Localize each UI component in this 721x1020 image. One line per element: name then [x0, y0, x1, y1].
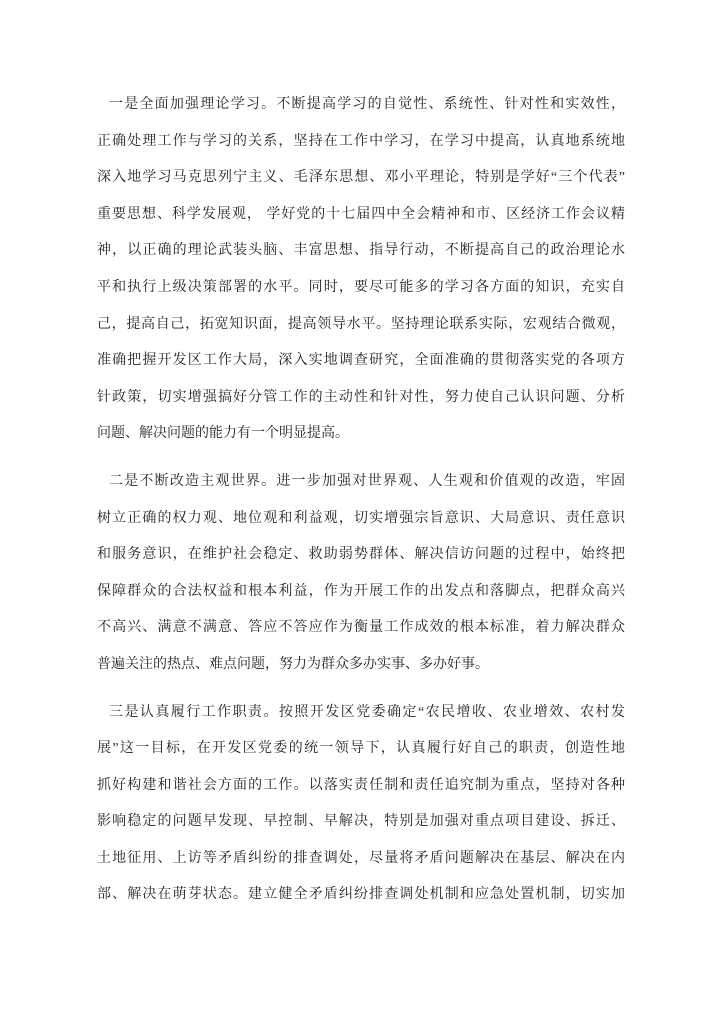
text-line: 重要思想、科学发展观， 学好党的十七届四中全会精神和市、区经济工作会议精 [97, 197, 625, 234]
text-line: 和服务意识，在维护社会稳定、救助弱势群体、解决信访问题的过程中，始终把 [97, 537, 625, 574]
text-line: 土地征用、上访等矛盾纠纷的排查调处，尽量将矛盾问题解决在基层、解决在内 [97, 841, 625, 878]
paragraph-3: 三是认真履行工作职责。按照开发区党委确定“农民增收、农业增效、农村发 展”这一目… [97, 695, 625, 915]
text-line: 影响稳定的问题早发现、早控制、早解决，特别是加强对重点项目建设、拆迁、 [97, 804, 625, 841]
text-line: 正确处理工作与学习的关系，坚持在工作中学习，在学习中提高，认真地系统地 [97, 124, 625, 161]
text-line: 三是认真履行工作职责。按照开发区党委确定“农民增收、农业增效、农村发 [97, 695, 625, 732]
document-body: 一是全面加强理论学习。不断提高学习的自觉性、系统性、针对性和实效性， 正确处理工… [97, 87, 625, 914]
text-line: 问题、解决问题的能力有一个明显提高。 [97, 416, 625, 453]
text-line: 平和执行上级决策部署的水平。同时，要尽可能多的学习各方面的知识，充实自 [97, 270, 625, 307]
text-line: 己，提高自己，拓宽知识面，提高领导水平。坚持理论联系实际，宏观结合微观， [97, 307, 625, 344]
text-line: 神，以正确的理论武装头脑、丰富思想、指导行动，不断提高自己的政治理论水 [97, 233, 625, 270]
text-line: 一是全面加强理论学习。不断提高学习的自觉性、系统性、针对性和实效性， [97, 87, 625, 124]
text-line: 不高兴、满意不满意、答应不答应作为衡量工作成效的根本标准，着力解决群众 [97, 610, 625, 647]
text-line: 针政策，切实增强搞好分管工作的主动性和针对性，努力使自己认识问题、分析 [97, 380, 625, 417]
text-line: 深入地学习马克思列宁主义、毛泽东思想、邓小平理论，特别是学好“三个代表” [97, 160, 625, 197]
paragraph-2: 二是不断改造主观世界。进一步加强对世界观、人生观和价值观的改造，牢固 树立正确的… [97, 464, 625, 684]
text-line: 展”这一目标，在开发区党委的统一领导下，认真履行好自己的职责，创造性地 [97, 731, 625, 768]
text-line: 保障群众的合法权益和根本利益，作为开展工作的出发点和落脚点，把群众高兴 [97, 574, 625, 611]
paragraph-1: 一是全面加强理论学习。不断提高学习的自觉性、系统性、针对性和实效性， 正确处理工… [97, 87, 625, 453]
text-line: 二是不断改造主观世界。进一步加强对世界观、人生观和价值观的改造，牢固 [97, 464, 625, 501]
text-line: 部、解决在萌芽状态。建立健全矛盾纠纷排查调处机制和应急处置机制，切实加 [97, 877, 625, 914]
text-line: 准确把握开发区工作大局，深入实地调查研究，全面准确的贯彻落实党的各项方 [97, 343, 625, 380]
text-line: 抓好构建和谐社会方面的工作。以落实责任制和责任追究制为重点，坚持对各种 [97, 768, 625, 805]
text-line: 普遍关注的热点、难点问题，努力为群众多办实事、多办好事。 [97, 647, 625, 684]
document-page: 一是全面加强理论学习。不断提高学习的自觉性、系统性、针对性和实效性， 正确处理工… [0, 0, 721, 1020]
text-line: 树立正确的权力观、地位观和利益观，切实增强宗旨意识、大局意识、责任意识 [97, 501, 625, 538]
